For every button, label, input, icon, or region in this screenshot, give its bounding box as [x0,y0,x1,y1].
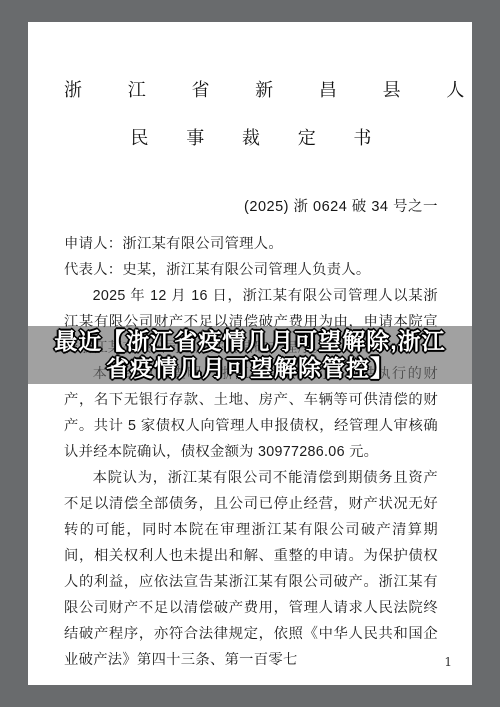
court-name-heading: 浙 江 省 新 昌 县 人 民 法 院 [64,78,458,104]
paragraph-representative: 代表人：史某，浙江某有限公司管理人负责人。 [64,257,438,283]
document-page: 浙 江 省 新 昌 县 人 民 法 院 民 事 裁 定 书 (2025) 浙 0… [28,22,472,685]
overlay-banner-text-line1: 最近【浙江省疫情几月可望解除,浙江 [54,328,445,355]
paragraph-opinion: 本院认为，浙江某有限公司不能清偿到期债务且资产不足以清偿全部债务，且公司已停止经… [64,465,438,673]
document-type-heading: 民 事 裁 定 书 [64,126,454,152]
ruling-body: 申请人：浙江某有限公司管理人。 代表人：史某，浙江某有限公司管理人负责人。 20… [64,231,438,673]
case-number: (2025) 浙 0624 破 34 号之一 [64,196,438,218]
overlay-banner: 最近【浙江省疫情几月可望解除,浙江 省疫情几月可望解除管控】 [28,326,472,384]
overlay-banner-text-line2: 省疫情几月可望解除管控】 [106,355,394,382]
page-number: 1 [444,655,452,669]
paragraph-applicant: 申请人：浙江某有限公司管理人。 [64,231,438,257]
